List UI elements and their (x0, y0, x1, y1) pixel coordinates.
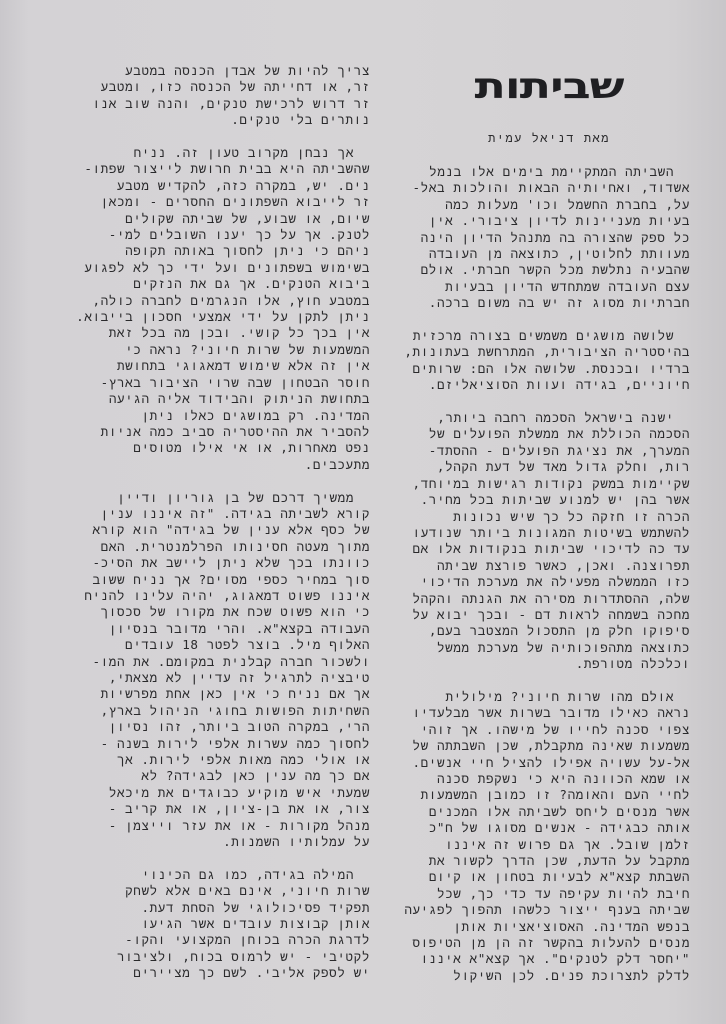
text-line: לדלק לתצרוכת פנים. לכן השיקול (428, 968, 690, 984)
text-line: העבודה בקצא"א. והרי מדובר בנסיון (104, 621, 370, 637)
text-line: מנסים להעלות בהקשר זה הן מן הטיפוס (428, 935, 690, 951)
text-line: האלוף מיל. בוצר לפטר 18 עובדים (104, 637, 370, 653)
text-line: צריך להיות של אבדן הכנסה במטבע (104, 63, 370, 79)
text-line: סוך במחיר כספי מסוים? אך נניח ששוב (104, 572, 370, 588)
text-line: ביבוא הטנקים. אך גם את הנזקים (104, 276, 370, 292)
text-line: כזו הממשלה מפעילה את מערכת הדיכוי (428, 574, 690, 590)
text-line: כל ספק שהצורה בה מתנהל הדיון הינה (428, 230, 690, 246)
text-line: לדרגת הכרה בכוחן המקצועי והקו- (104, 932, 370, 948)
text-line: אך אם נניח כי אין כאן אחת מפרשיות (104, 686, 370, 702)
text-line: נים. יש, במקרה כזה, להקדיש מטבע (104, 178, 370, 194)
paragraph: השביתה המתקיימת בימים אלו בנמלאשדוד, ואח… (428, 164, 690, 312)
text-line: שמעתי איש מוקיע כבוגדים את מיכאל (104, 785, 370, 801)
text-line: במטבע חוץ, אלו הנגרמים לחברה כולה, (104, 293, 370, 309)
text-line: לחסוך כמה עשרות אלפי לירות בשנה - (104, 736, 370, 752)
text-line: אך נבחן מקרוב טעון זה. נניח (104, 145, 370, 161)
text-line: ברדיו ובכנסת. שלושה אלו הם: שרותים (428, 361, 690, 377)
text-line: מתקבל על הדעת, שכן הדרך לקשור את (428, 853, 690, 869)
text-line: כי הוא פשוט שכח את מקורו של סכסוך (104, 604, 370, 620)
text-line: לחיי העם והאומה? זו כמובן המשמעות (428, 787, 690, 803)
text-line: בשימוש בשפתונים ועל ידי כך לא לפגוע (104, 260, 370, 276)
text-line: זר, או דחייתה של הכנסה כזו, ומטבע (104, 79, 370, 95)
text-line: או שמא הכוונה היא כי נשקפת סכנה (428, 771, 690, 787)
text-line: מתעכבים. (104, 457, 370, 473)
text-line: תפקיד פסיכולוגי של הסחת דעת. (104, 900, 370, 916)
article-column-left: צריך להיות של אבדן הכנסה במטבעזר, או דחי… (104, 63, 370, 998)
text-line: אותה כבגידה - אנשים מסוגו של ח"כ (428, 820, 690, 836)
text-line: אולם מהו שרות חיוני? מילולית (428, 689, 690, 705)
text-line: על, בחברת החשמל וכו' מעלות כמה (428, 197, 690, 213)
text-line: מתוך מעטה חסינותו הפרלמנטרית. האם (104, 539, 370, 555)
text-line: צפוי סכנה לחייו של מישהו. אך זוהי (428, 722, 690, 738)
text-line: שביתה בענף ייצור כלשהו תהפוך לפגיעה (428, 902, 690, 918)
text-line: אשדוד, ואחיותיה הבאות והולכות באל- (428, 180, 690, 196)
text-line: משמעות שאינה מתקבלת, שכן השבתתה של (428, 738, 690, 754)
text-line: טיבציה לתרגיל זה עדיין לא מצאתי, (104, 670, 370, 686)
article-byline: מאת דניאל עמית (430, 131, 668, 146)
text-line: שהבעיה נתלשת מכל הקשר חברתי. אולם (428, 262, 690, 278)
text-line: עד כה לדיכוי שביתות בנקודות אלו אם (428, 541, 690, 557)
text-line: נפט מאחרות, או אי אילו מטוסים (104, 440, 370, 456)
text-line: מחכה בשמחה לראות דם - ובכך יבוא על (428, 607, 690, 623)
text-line: שהשביתה היא בבית חרושת לייצור שפתו- (104, 161, 370, 177)
text-line: כתוצאה מתהפוכותיה של מערכת ממשל (428, 640, 690, 656)
text-line: עצם העובדה שמתחדש הדיון בבעיות (428, 279, 690, 295)
text-line: חיבת להיות עקיפה עד כדי כך, שכל (428, 886, 690, 902)
text-line: יש לספק אליבי. לשם כך מציירים (104, 965, 370, 981)
text-line: ממשיך דרכם של בן גוריון ודיין (104, 490, 370, 506)
text-line: בנפש המדינה. האסוציאציות אותן (428, 919, 690, 935)
text-line: להשתמש בשיטות המגונות ביותר שנודעו (428, 525, 690, 541)
text-line: איננו פשוט דמאגוג, יהיה עלינו להניח (104, 588, 370, 604)
text-line: חוסר הבטחון שבה שרוי הציבור בארץ- (104, 375, 370, 391)
paragraph: המילה בגידה, כמו גם הכינוישרות חיוני, אי… (104, 867, 370, 982)
text-line: שלושה מושגים משמשים בצורה מרכזית (428, 328, 690, 344)
text-line: להסביר את ההיסטריה סביב כמה אניות (104, 424, 370, 440)
text-line: המערך, את נציגת הפועלים - ההסתד- (428, 443, 690, 459)
text-line: השביתה המתקיימת בימים אלו בנמל (428, 164, 690, 180)
paragraph: אך נבחן מקרוב טעון זה. נניחשהשביתה היא ב… (104, 145, 370, 473)
text-line: של כסף אלא ענין של בגידה" הוא קורא (104, 522, 370, 538)
text-line: השבתת קצא"א לבעיות בטחון או קיום (428, 869, 690, 885)
text-line: זלמן שובל. אך גם פרוש זה איננו (428, 837, 690, 853)
paragraph: ממשיך דרכם של בן גוריון ודייןקורא לשביתה… (104, 490, 370, 851)
text-line: אשר בהן יש למנוע שביתות בכל מחיר. (428, 492, 690, 508)
text-line: בעיות מעניינות לדיון ציבורי. אין (428, 213, 690, 229)
text-line: ניתן לתקן על ידי אמצעי חסכון בייבוא. (104, 309, 370, 325)
text-line: המשמעות של שרות חיוני? נראה כי (104, 342, 370, 358)
text-line: או אולי כמה מאות אלפי לירות. אך (104, 752, 370, 768)
text-line: כוונתו בכך שלא ניתן ליישב את הסיכ- (104, 555, 370, 571)
text-line: חברתיות מסוג זה יש בה משום ברכה. (428, 295, 690, 311)
article-column-right: השביתה המתקיימת בימים אלו בנמלאשדוד, ואח… (428, 164, 690, 1001)
text-line: בהיסטריה הציבורית, המתרחשת בעתונות, (428, 344, 690, 360)
document-page: שביתות מאת דניאל עמית השביתה המתקיימת בי… (0, 0, 726, 1024)
text-line: ניהם כי ניתן לחסוך באותה תקופה (104, 243, 370, 259)
text-line: אל-על עשויה אפילו להציל חיי אנשים. (428, 755, 690, 771)
text-line: זר לייבוא השפתונים החסרים - ומכאן (104, 194, 370, 210)
text-line: הרי, במקרה הטוב ביותר, זהו נסיון (104, 719, 370, 735)
text-line: נראה כאילו מדובר בשרות אשר מבלעדיו (428, 705, 690, 721)
text-line: הסכמה הכוללת את ממשלת הפועלים של (428, 426, 690, 442)
text-line: הכרה זו חזקה כל כך שיש נכונות (428, 509, 690, 525)
text-line: בתחושת הניתוק והבידוד אליה הגיעה (104, 391, 370, 407)
text-line: השחיתות הפושות בחוגי הניהול בארץ, (104, 703, 370, 719)
text-line: המילה בגידה, כמו גם הכינוי (104, 867, 370, 883)
text-line: קורא לשביתה בגידה. "זה איננו ענין (104, 506, 370, 522)
text-line: המדינה. רק במושגים כאלו ניתן (104, 408, 370, 424)
text-line: על עמלותיו השמנות. (104, 834, 370, 850)
text-line: סיפוקו חלק מן התסכול המצטבר בעם, (428, 623, 690, 639)
text-line: שיום, או שבוע, של שביתה שקולים (104, 211, 370, 227)
text-line: מנהל מקורות - או את עזר וייצמן - (104, 818, 370, 834)
text-line: לטנק. אך על כך יענו השובלים למי- (104, 227, 370, 243)
article-title: שביתות (430, 66, 668, 105)
paragraph: ישנה בישראל הסכמה רחבה ביותר,הסכמה הכולל… (428, 410, 690, 673)
text-line: שקיימות במשק נקודות רגישות במיוחד, (428, 476, 690, 492)
text-line: לקטיבי - יש לרמוס בכוח, ולציבור (104, 949, 370, 965)
text-line: צור, או את בן-ציון, או את קריב - (104, 801, 370, 817)
text-line: "יחסר דלק לטנקים". אך קצא"א איננו (428, 951, 690, 967)
text-line: חיוניים, בגידה ועוות הסוציאליזם. (428, 377, 690, 393)
paragraph: שלושה מושגים משמשים בצורה מרכזיתבהיסטריה… (428, 328, 690, 394)
text-line: רות, וחלק גדול מאד של דעת הקהל, (428, 459, 690, 475)
text-line: ולשכור חברה קבלנית במקומם. את המו- (104, 654, 370, 670)
text-line: שרות חיוני, אינם באים אלא לשחק (104, 883, 370, 899)
text-line: וכלכלה מטורפת. (428, 656, 690, 672)
paragraph: צריך להיות של אבדן הכנסה במטבעזר, או דחי… (104, 63, 370, 129)
text-line: אשר מנסים ליחס לשביתה אלו המכנים (428, 804, 690, 820)
text-line: אותן קבוצות עובדים אשר הגיעו (104, 916, 370, 932)
paragraph: אולם מהו שרות חיוני? מילוליתנראה כאילו מ… (428, 689, 690, 984)
text-line: ישנה בישראל הסכמה רחבה ביותר, (428, 410, 690, 426)
text-line: תפרוצנה. ואכן, כאשר פורצת שביתה (428, 558, 690, 574)
text-line: נותרים בלי טנקים. (104, 112, 370, 128)
text-line: אין בכך כל קושי. ובכן מה בכל זאת (104, 325, 370, 341)
text-line: אם כך מה ענין כאן לבגידה? לא (104, 768, 370, 784)
text-line: מעוותת לחלוטין, כתוצאה מן העובדה (428, 246, 690, 262)
text-line: אין זה אלא שימוש דמאגוגי בתחושת (104, 358, 370, 374)
text-line: זר דרוש לרכישת טנקים, והנה שוב אנו (104, 96, 370, 112)
text-line: שלה, ההסתדרות מסירה את הגנתה והקהל (428, 591, 690, 607)
